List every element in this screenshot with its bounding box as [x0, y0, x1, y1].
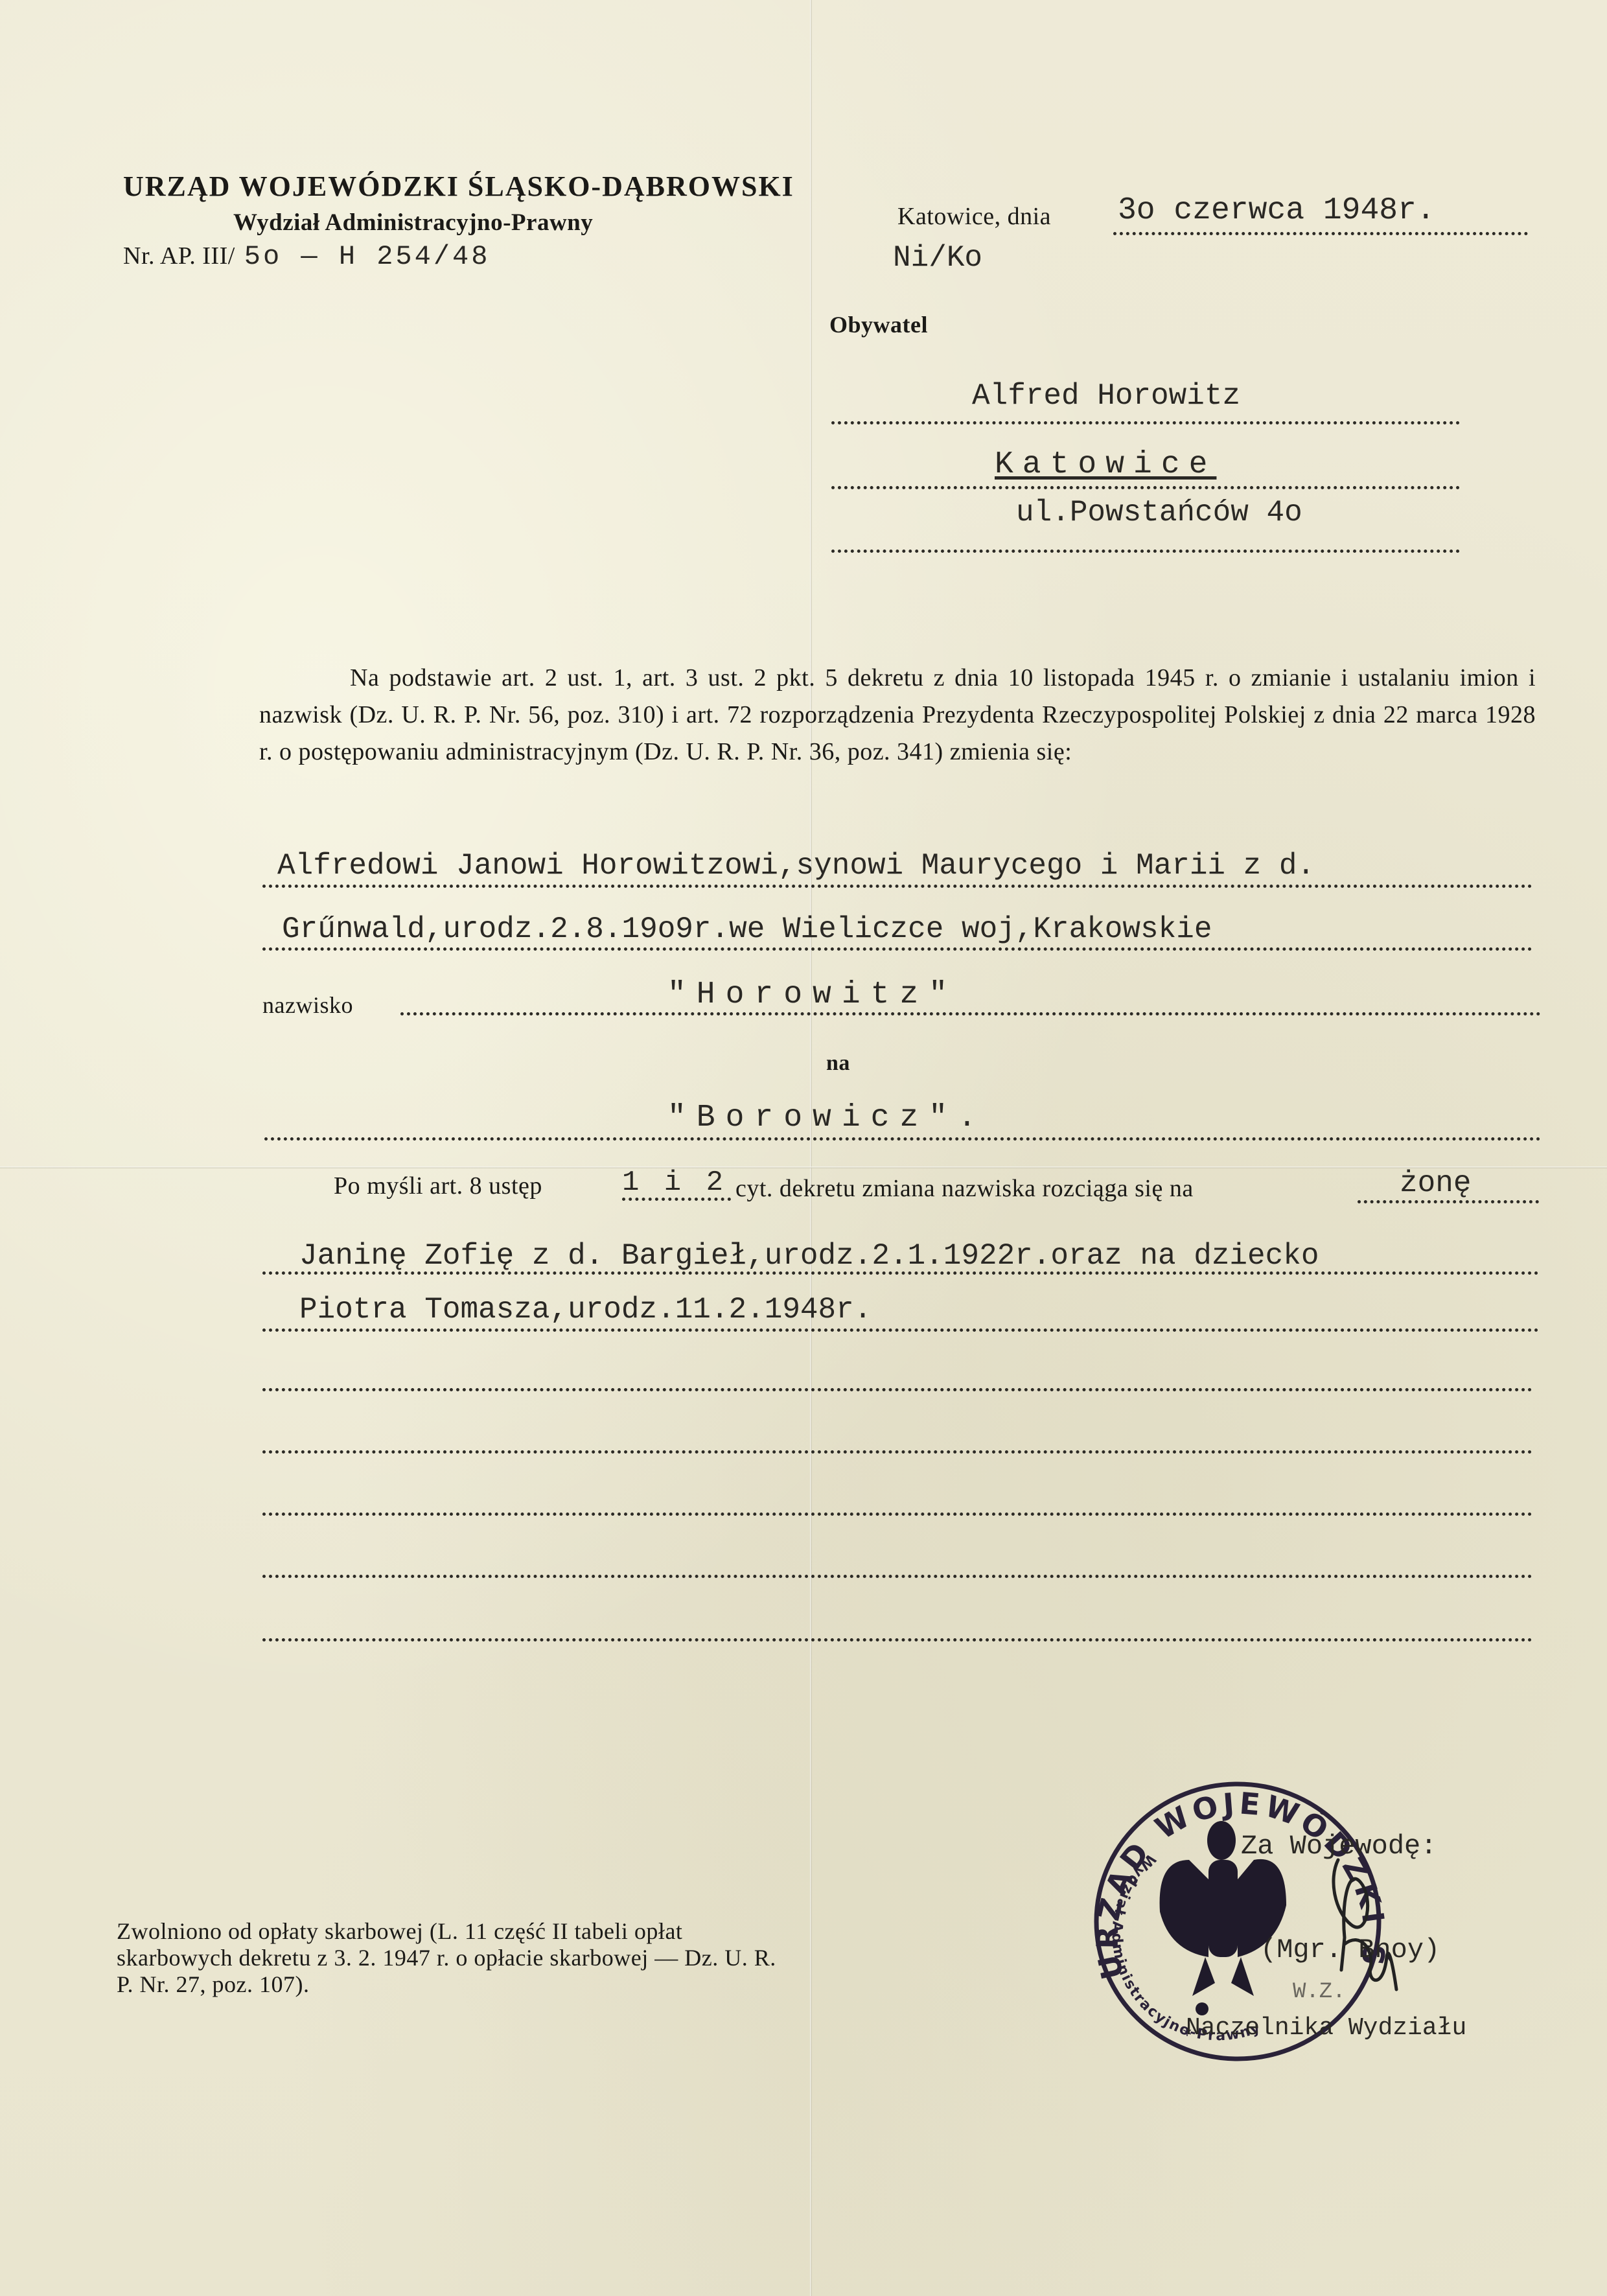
reference-initials: Ni/Ko — [893, 241, 982, 275]
extension-middle: cyt. dekretu zmiana nazwiska rozciąga si… — [735, 1174, 1194, 1203]
paper-fold-horizontal — [0, 1166, 1607, 1168]
date-value: 3o czerwca 1948r. — [1118, 193, 1435, 228]
subject-line-2-dots — [262, 947, 1532, 951]
extension-paragraphs: 1 i 2 — [622, 1166, 727, 1199]
date-dotted-line — [1113, 232, 1528, 235]
blank-line-3 — [262, 1513, 1532, 1516]
old-surname-line — [400, 1012, 1541, 1015]
recipient-street-line — [831, 550, 1460, 553]
new-surname-line — [264, 1137, 1541, 1141]
signatory-title: Naczelnika Wydziału — [1186, 2014, 1466, 2042]
extension-paragraphs-line — [622, 1198, 731, 1201]
blank-line-1 — [262, 1388, 1532, 1391]
surname-label: nazwisko — [262, 991, 353, 1019]
date-label: Katowice, dnia — [897, 202, 1051, 231]
family-line-2: Piotra Tomasza,urodz.11.2.1948r. — [299, 1293, 872, 1327]
recipient-name-line — [831, 421, 1460, 424]
fee-exemption-note: Zwolniono od opłaty skarbowej (L. 11 czę… — [117, 1918, 791, 1998]
recipient-name: Alfred Horowitz — [972, 379, 1240, 413]
reference-prefix: Nr. AP. III/ — [123, 242, 235, 270]
recipient-street: ul.Powstańców 4o — [1016, 496, 1302, 529]
subject-line-2: Grűnwald,urodz.2.8.19o9r.we Wieliczce wo… — [282, 912, 1212, 946]
recipient-city: Katowice — [995, 447, 1216, 482]
department-name: Wydział Administracyjno-Prawny — [233, 209, 593, 237]
office-name: URZĄD WOJEWÓDZKI ŚLĄSKO-DĄBROWSKI — [123, 170, 794, 203]
recipient-city-line — [831, 486, 1460, 489]
to-label: na — [826, 1051, 850, 1076]
recipient-label: Obywatel — [829, 311, 928, 338]
old-surname: "Horowitz" — [667, 977, 958, 1012]
extension-target: żonę — [1400, 1166, 1471, 1200]
paper-fold-vertical — [810, 0, 812, 2296]
new-surname: "Borowicz". — [667, 1100, 987, 1135]
extension-prefix: Po myśli art. 8 ustęp — [334, 1172, 542, 1200]
family-line-1-dots — [262, 1271, 1539, 1275]
reference-value: 5o — H 254/48 — [244, 241, 491, 272]
legal-basis-text: Na podstawie art. 2 ust. 1, art. 3 ust. … — [259, 660, 1536, 771]
blank-line-5 — [262, 1638, 1532, 1641]
subject-line-1: Alfredowi Janowi Horowitzowi,synowi Maur… — [277, 849, 1315, 883]
handwritten-signature-icon — [1322, 1853, 1426, 2002]
family-line-1: Janinę Zofię z d. Bargieł,urodz.2.1.1922… — [299, 1239, 1319, 1273]
subject-line-1-dots — [262, 885, 1532, 888]
blank-line-4 — [262, 1575, 1532, 1578]
legal-basis-paragraph: Na podstawie art. 2 ust. 1, art. 3 ust. … — [259, 660, 1536, 771]
reference-number: Nr. AP. III/5o — H 254/48 — [123, 241, 490, 272]
extension-target-line — [1358, 1200, 1539, 1203]
blank-line-2 — [262, 1450, 1532, 1454]
family-line-2-dots — [262, 1328, 1539, 1332]
